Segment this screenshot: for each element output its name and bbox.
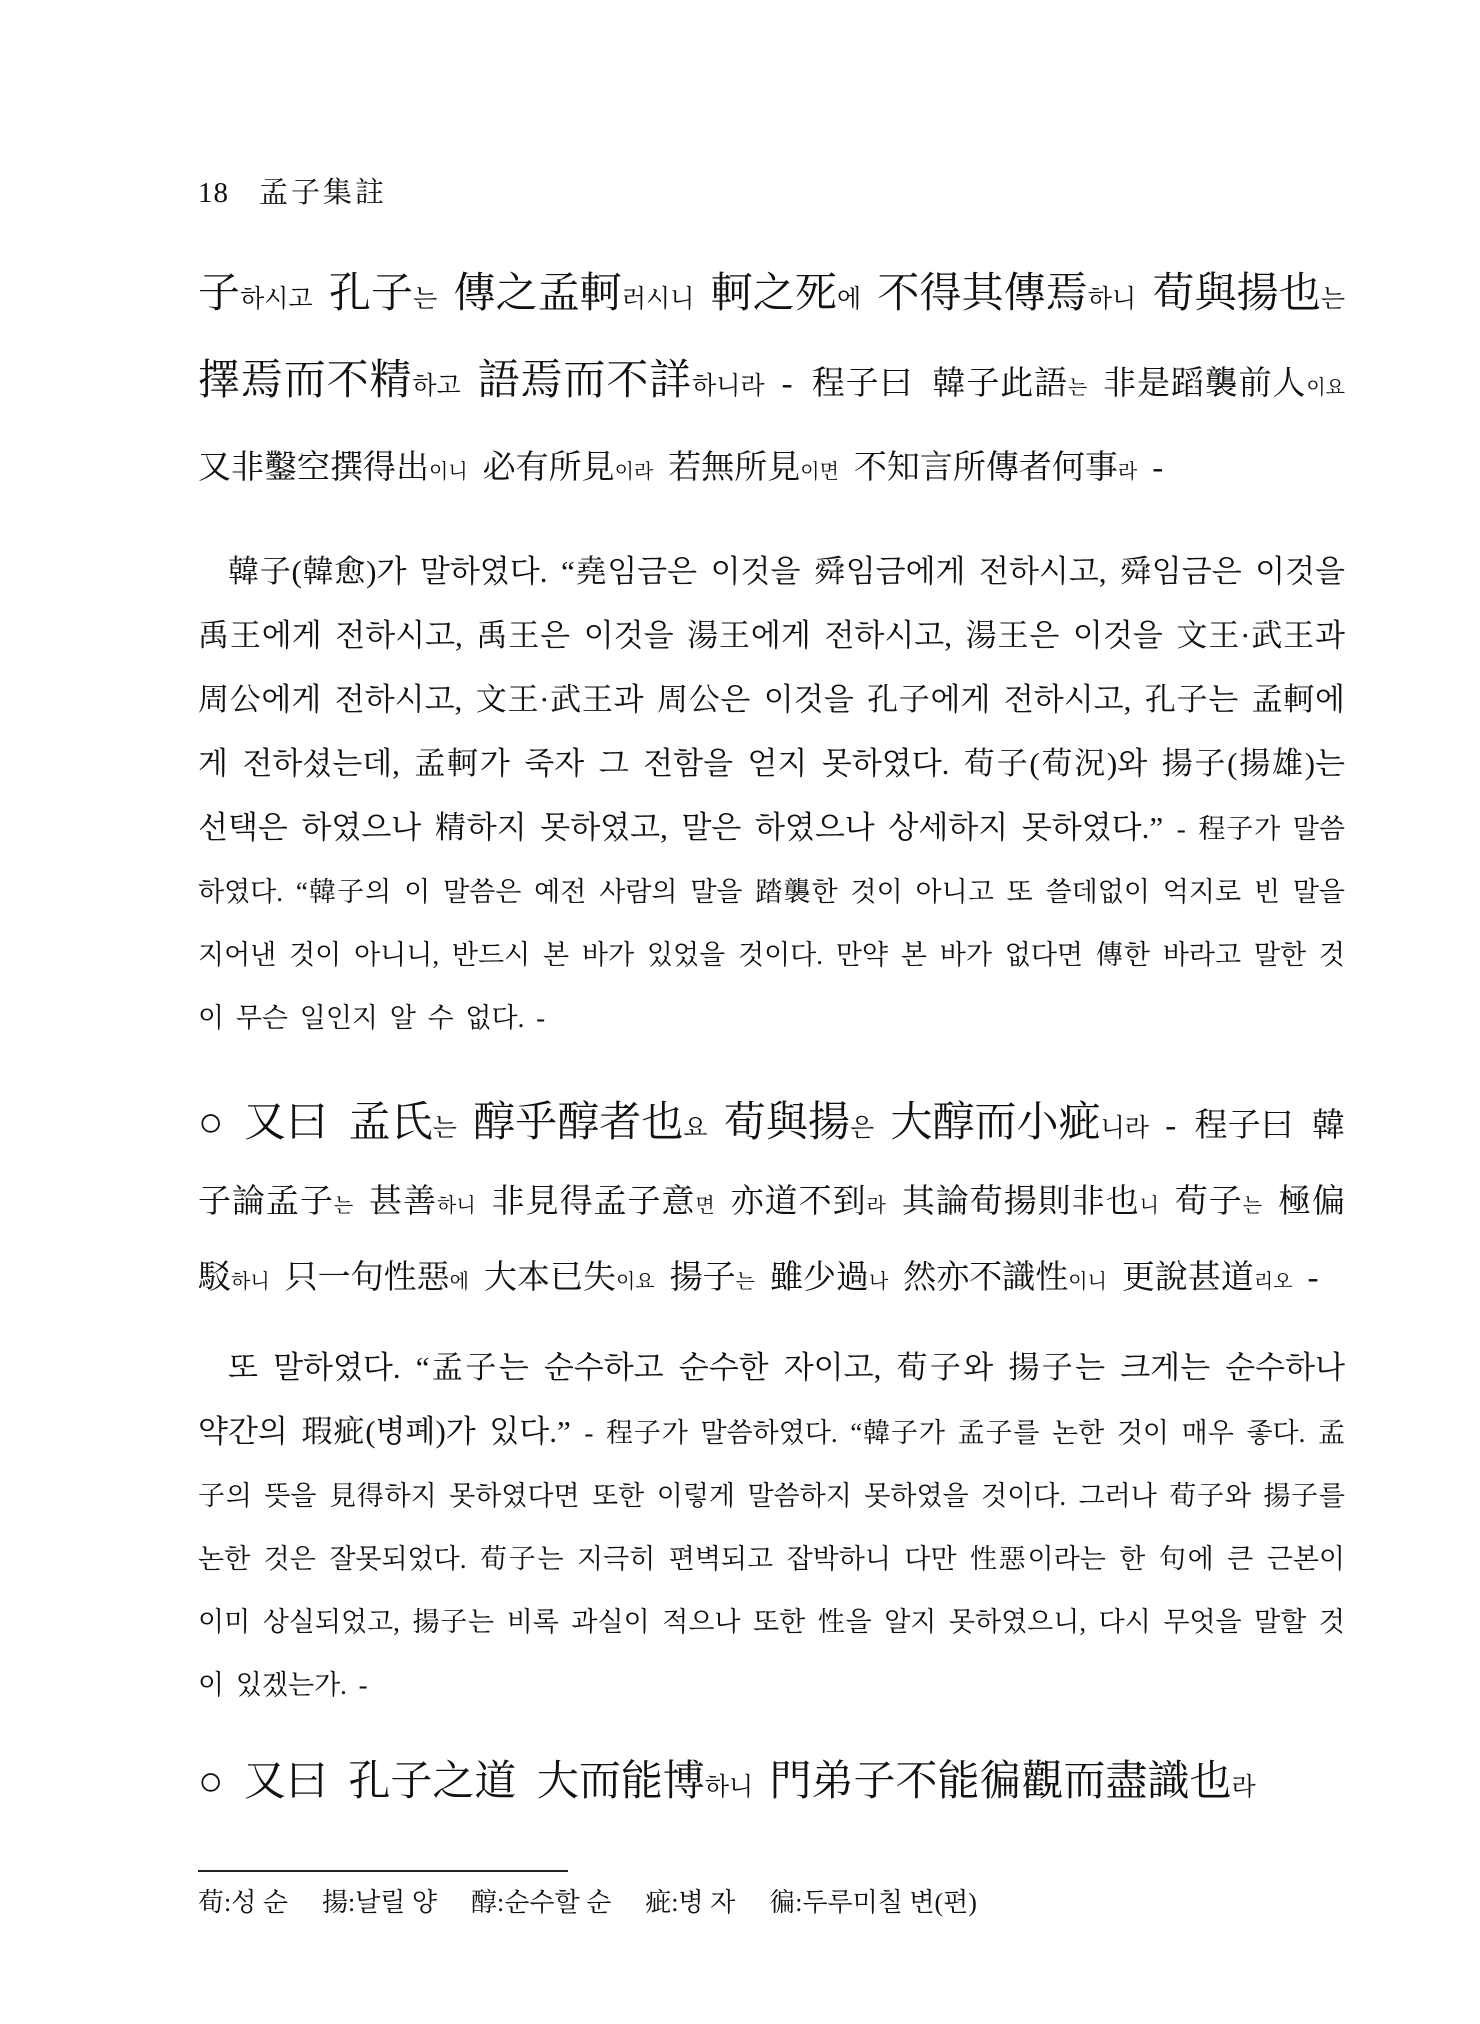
text-segment-tail: 하니 — [1088, 286, 1153, 313]
text-segment-comm: 又非鑿空撰得出 — [198, 450, 429, 486]
text-segment-main: ○ 又曰 孟氏 — [198, 1100, 433, 1146]
text-segment-comm: 不知言所傳者何事 — [854, 450, 1118, 486]
text-segment-comm: 其論荀揚則非也 — [902, 1184, 1140, 1220]
text-segment-gloss: 徧:두루미칠 변(편) — [769, 1888, 977, 1917]
text-segment-tail: 하고 — [412, 373, 477, 400]
translation-2: 또 말하였다. “孟子는 순수하고 순수한 자이고, 荀子와 揚子는 크게는 순… — [198, 1339, 1345, 1719]
text-segment-tail: 하시고 — [240, 286, 329, 313]
text-segment-main: 荀與揚 — [724, 1100, 850, 1146]
text-segment-comm: 非是蹈襲前人 — [1103, 366, 1306, 402]
text-segment-main: 擇焉而不精 — [198, 358, 412, 404]
text-segment-comm: 揚子 — [670, 1260, 736, 1296]
text-segment-main: 孔子 — [329, 271, 413, 317]
text-segment-comm: - 程子曰 韓子此語 — [782, 366, 1068, 402]
text-segment-commtail: 라 — [1118, 461, 1152, 483]
text-segment-tail: 하니라 — [692, 373, 782, 400]
glossary-footnote: 荀:성 순揚:날릴 양醇:순수할 순疵:병 자徧:두루미칠 변(편) — [198, 1882, 1345, 1919]
text-segment-comm: 必有所見 — [483, 450, 615, 486]
text-segment-comm: 非見得孟子意 — [492, 1184, 696, 1220]
text-segment-tail: 에 — [837, 286, 877, 313]
text-segment-commtail: 이요 — [616, 1271, 670, 1293]
page-content: 18孟子集註 子하시고 孔子는 傳之孟軻러시니 軻之死에 不得其傳焉하니 荀與揚… — [0, 0, 1480, 1919]
text-segment-tail: 하니 — [705, 1774, 770, 1801]
text-segment-main: 門弟子不能徧觀而盡識也 — [769, 1759, 1231, 1805]
book-page: 18孟子集註 子하시고 孔子는 傳之孟軻러시니 軻之死에 不得其傳焉하니 荀與揚… — [0, 0, 1480, 2024]
text-segment-comm: 若無所見 — [668, 450, 800, 486]
text-segment-commtail: 는 — [1243, 1195, 1278, 1217]
text-segment-comm: 只一句性惡 — [285, 1260, 450, 1296]
text-segment-gloss: 荀:성 순 — [198, 1888, 288, 1917]
text-segment-tail: 는 — [413, 286, 453, 313]
text-segment-commtail: 면 — [695, 1195, 730, 1217]
text-segment-comm: - — [1152, 450, 1163, 486]
text-segment-main: ○ 又曰 孔子之道 大而能博 — [198, 1759, 705, 1805]
text-segment-comm: 荀子 — [1175, 1184, 1243, 1220]
text-segment-main: 傳之孟軻 — [454, 271, 622, 317]
text-segment-main: 大醇而小疵 — [890, 1100, 1100, 1146]
text-segment-commtail: 는 — [1068, 377, 1103, 399]
text-segment-commtail: 는 — [736, 1271, 770, 1293]
text-segment-tail: 은 — [850, 1115, 890, 1142]
text-segment-commtail: 니 — [1140, 1195, 1175, 1217]
text-segment-main: 荀與揚也 — [1152, 271, 1320, 317]
text-segment-main: 子 — [198, 271, 240, 317]
text-segment-gloss: 疵:병 자 — [645, 1888, 735, 1917]
text-segment-comm: 更說甚道 — [1122, 1260, 1254, 1296]
text-segment-trans: 韓子(韓愈)가 말하였다. “堯임금은 이것을 舜임금에게 전하시고, 舜임금은… — [198, 554, 1345, 845]
text-segment-comm: 大本已失 — [484, 1260, 616, 1296]
text-segment-tail: 는 — [1321, 286, 1345, 313]
footnote-separator — [198, 1870, 568, 1872]
text-segment-comm: 雖少過 — [770, 1260, 869, 1296]
text-segment-tail: 는 — [433, 1115, 473, 1142]
page-number: 18 — [198, 177, 229, 210]
text-segment-tail: 요 — [683, 1115, 723, 1142]
text-segment-commtail: 하니 — [437, 1195, 492, 1217]
classical-passage-2: ○ 又曰 孟氏는 醇乎醇者也요 荀與揚은 大醇而小疵니라 - 程子曰 韓子論孟子… — [198, 1088, 1345, 1319]
text-segment-tail: 라 — [1231, 1774, 1255, 1801]
text-segment-commtail: 이니 — [1068, 1271, 1122, 1293]
book-title: 孟子集註 — [259, 170, 387, 211]
text-segment-gloss: 揚:날릴 양 — [322, 1888, 437, 1917]
text-segment-commtail: 나 — [869, 1271, 903, 1293]
text-segment-commtail: 이면 — [800, 461, 854, 483]
text-segment-main: 軻之死 — [711, 271, 837, 317]
text-segment-main: 不得其傳焉 — [877, 271, 1087, 317]
page-header: 18孟子集註 — [198, 170, 1345, 211]
text-segment-commtail: 리오 — [1254, 1271, 1308, 1293]
text-segment-tail: 니라 — [1101, 1115, 1166, 1142]
text-segment-main: 語焉而不詳 — [478, 358, 692, 404]
text-segment-commtail: 이라 — [615, 461, 669, 483]
text-segment-commtail: 이요 — [1306, 377, 1345, 399]
text-segment-commtail: 에 — [450, 1271, 484, 1293]
text-segment-commtail: 이니 — [429, 461, 483, 483]
text-segment-transs: - 程子가 말씀하였다. “韓子가 孟子를 논한 것이 매우 좋다. 孟子의 뜻… — [198, 1418, 1345, 1700]
text-segment-transs: - 程子가 말씀하였다. “韓子의 이 말씀은 예전 사람의 말을 踏襲한 것이… — [198, 814, 1345, 1033]
classical-passage-1: 子하시고 孔子는 傳之孟軻러시니 軻之死에 不得其傳焉하니 荀與揚也는 擇焉而不… — [198, 255, 1345, 513]
text-segment-commtail: 하니 — [231, 1271, 285, 1293]
text-segment-tail: 러시니 — [622, 286, 711, 313]
text-segment-commtail: 라 — [867, 1195, 902, 1217]
translation-1: 韓子(韓愈)가 말하였다. “堯임금은 이것을 舜임금에게 전하시고, 舜임금은… — [198, 543, 1345, 1052]
text-segment-commtail: 는 — [334, 1195, 369, 1217]
text-segment-comm: 然亦不識性 — [903, 1260, 1068, 1296]
classical-passage-3: ○ 又曰 孔子之道 大而能博하니 門弟子不能徧觀而盡識也라 — [198, 1743, 1345, 1830]
text-segment-gloss: 醇:순수할 순 — [471, 1888, 611, 1917]
text-segment-comm: 甚善 — [369, 1184, 437, 1220]
text-segment-comm: - — [1308, 1260, 1319, 1296]
text-segment-comm: 亦道不到 — [731, 1184, 867, 1220]
text-segment-main: 醇乎醇者也 — [473, 1100, 683, 1146]
